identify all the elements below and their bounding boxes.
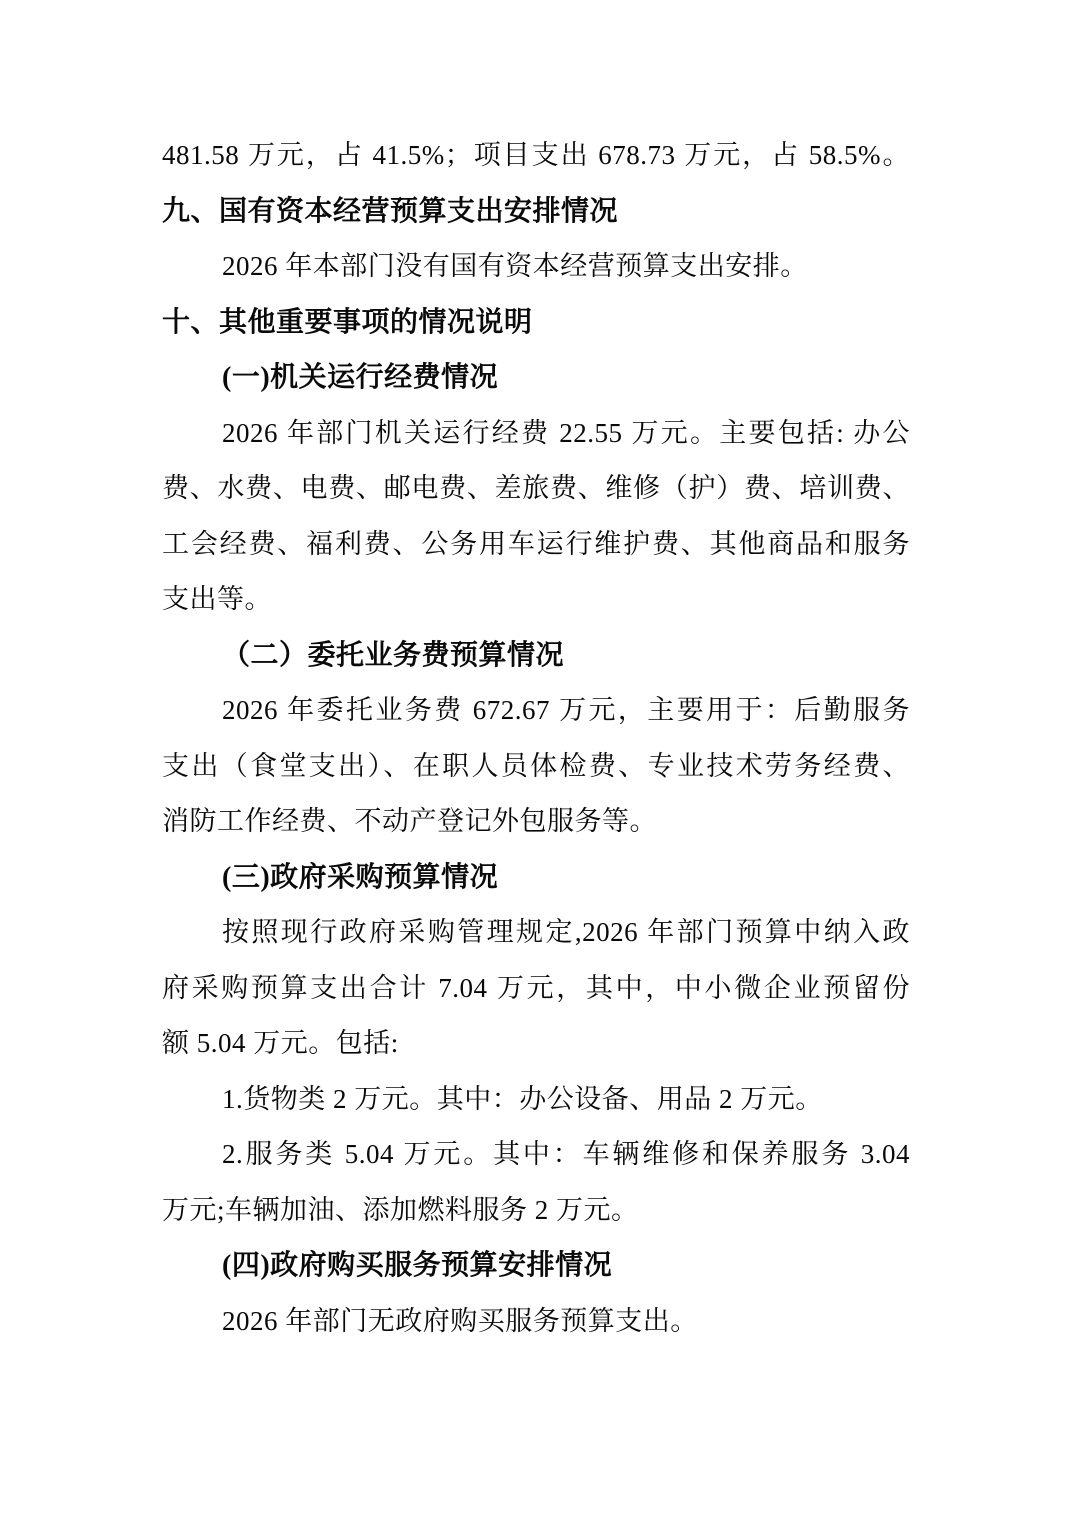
list-item-services: 2.服务类 5.04 万元。其中：车辆维修和保养服务 3.04 — [162, 1127, 910, 1183]
heading-subsection-4: (四)政府购买服务预算安排情况 — [162, 1238, 910, 1294]
heading-subsection-1: (一)机关运行经费情况 — [162, 350, 910, 406]
paragraph-continuation-line: 481.58 万元，占 41.5%；项目支出 678.73 万元，占 58.5%… — [162, 128, 910, 184]
document-text-block: 481.58 万元，占 41.5%；项目支出 678.73 万元，占 58.5%… — [0, 0, 1074, 1349]
paragraph-line: 2026 年本部门没有国有资本经营预算支出安排。 — [162, 239, 910, 295]
paragraph-line: 额 5.04 万元。包括: — [162, 1016, 910, 1072]
document-page: 481.58 万元，占 41.5%；项目支出 678.73 万元，占 58.5%… — [0, 0, 1074, 1520]
paragraph-line: 工会经费、福利费、公务用车运行维护费、其他商品和服务 — [162, 517, 910, 573]
heading-subsection-3: (三)政府采购预算情况 — [162, 850, 910, 906]
heading-section-10: 十、其他重要事项的情况说明 — [162, 295, 910, 351]
heading-subsection-2: （二）委托业务费预算情况 — [162, 628, 910, 684]
paragraph-line: 2026 年部门无政府购买服务预算支出。 — [162, 1294, 910, 1350]
paragraph-line: 消防工作经费、不动产登记外包服务等。 — [162, 794, 910, 850]
heading-section-9: 九、国有资本经营预算支出安排情况 — [162, 184, 910, 240]
paragraph-line: 按照现行政府采购管理规定,2026 年部门预算中纳入政 — [162, 905, 910, 961]
paragraph-line: 2026 年部门机关运行经费 22.55 万元。主要包括: 办公 — [162, 406, 910, 462]
paragraph-line: 支出等。 — [162, 572, 910, 628]
paragraph-line: 支出（食堂支出）、在职人员体检费、专业技术劳务经费、 — [162, 739, 910, 795]
list-item-goods: 1.货物类 2 万元。其中：办公设备、用品 2 万元。 — [162, 1072, 910, 1128]
paragraph-line: 2026 年委托业务费 672.67 万元，主要用于：后勤服务 — [162, 683, 910, 739]
paragraph-line: 万元;车辆加油、添加燃料服务 2 万元。 — [162, 1183, 910, 1239]
paragraph-line: 府采购预算支出合计 7.04 万元，其中，中小微企业预留份 — [162, 961, 910, 1017]
paragraph-line: 费、水费、电费、邮电费、差旅费、维修（护）费、培训费、 — [162, 461, 910, 517]
